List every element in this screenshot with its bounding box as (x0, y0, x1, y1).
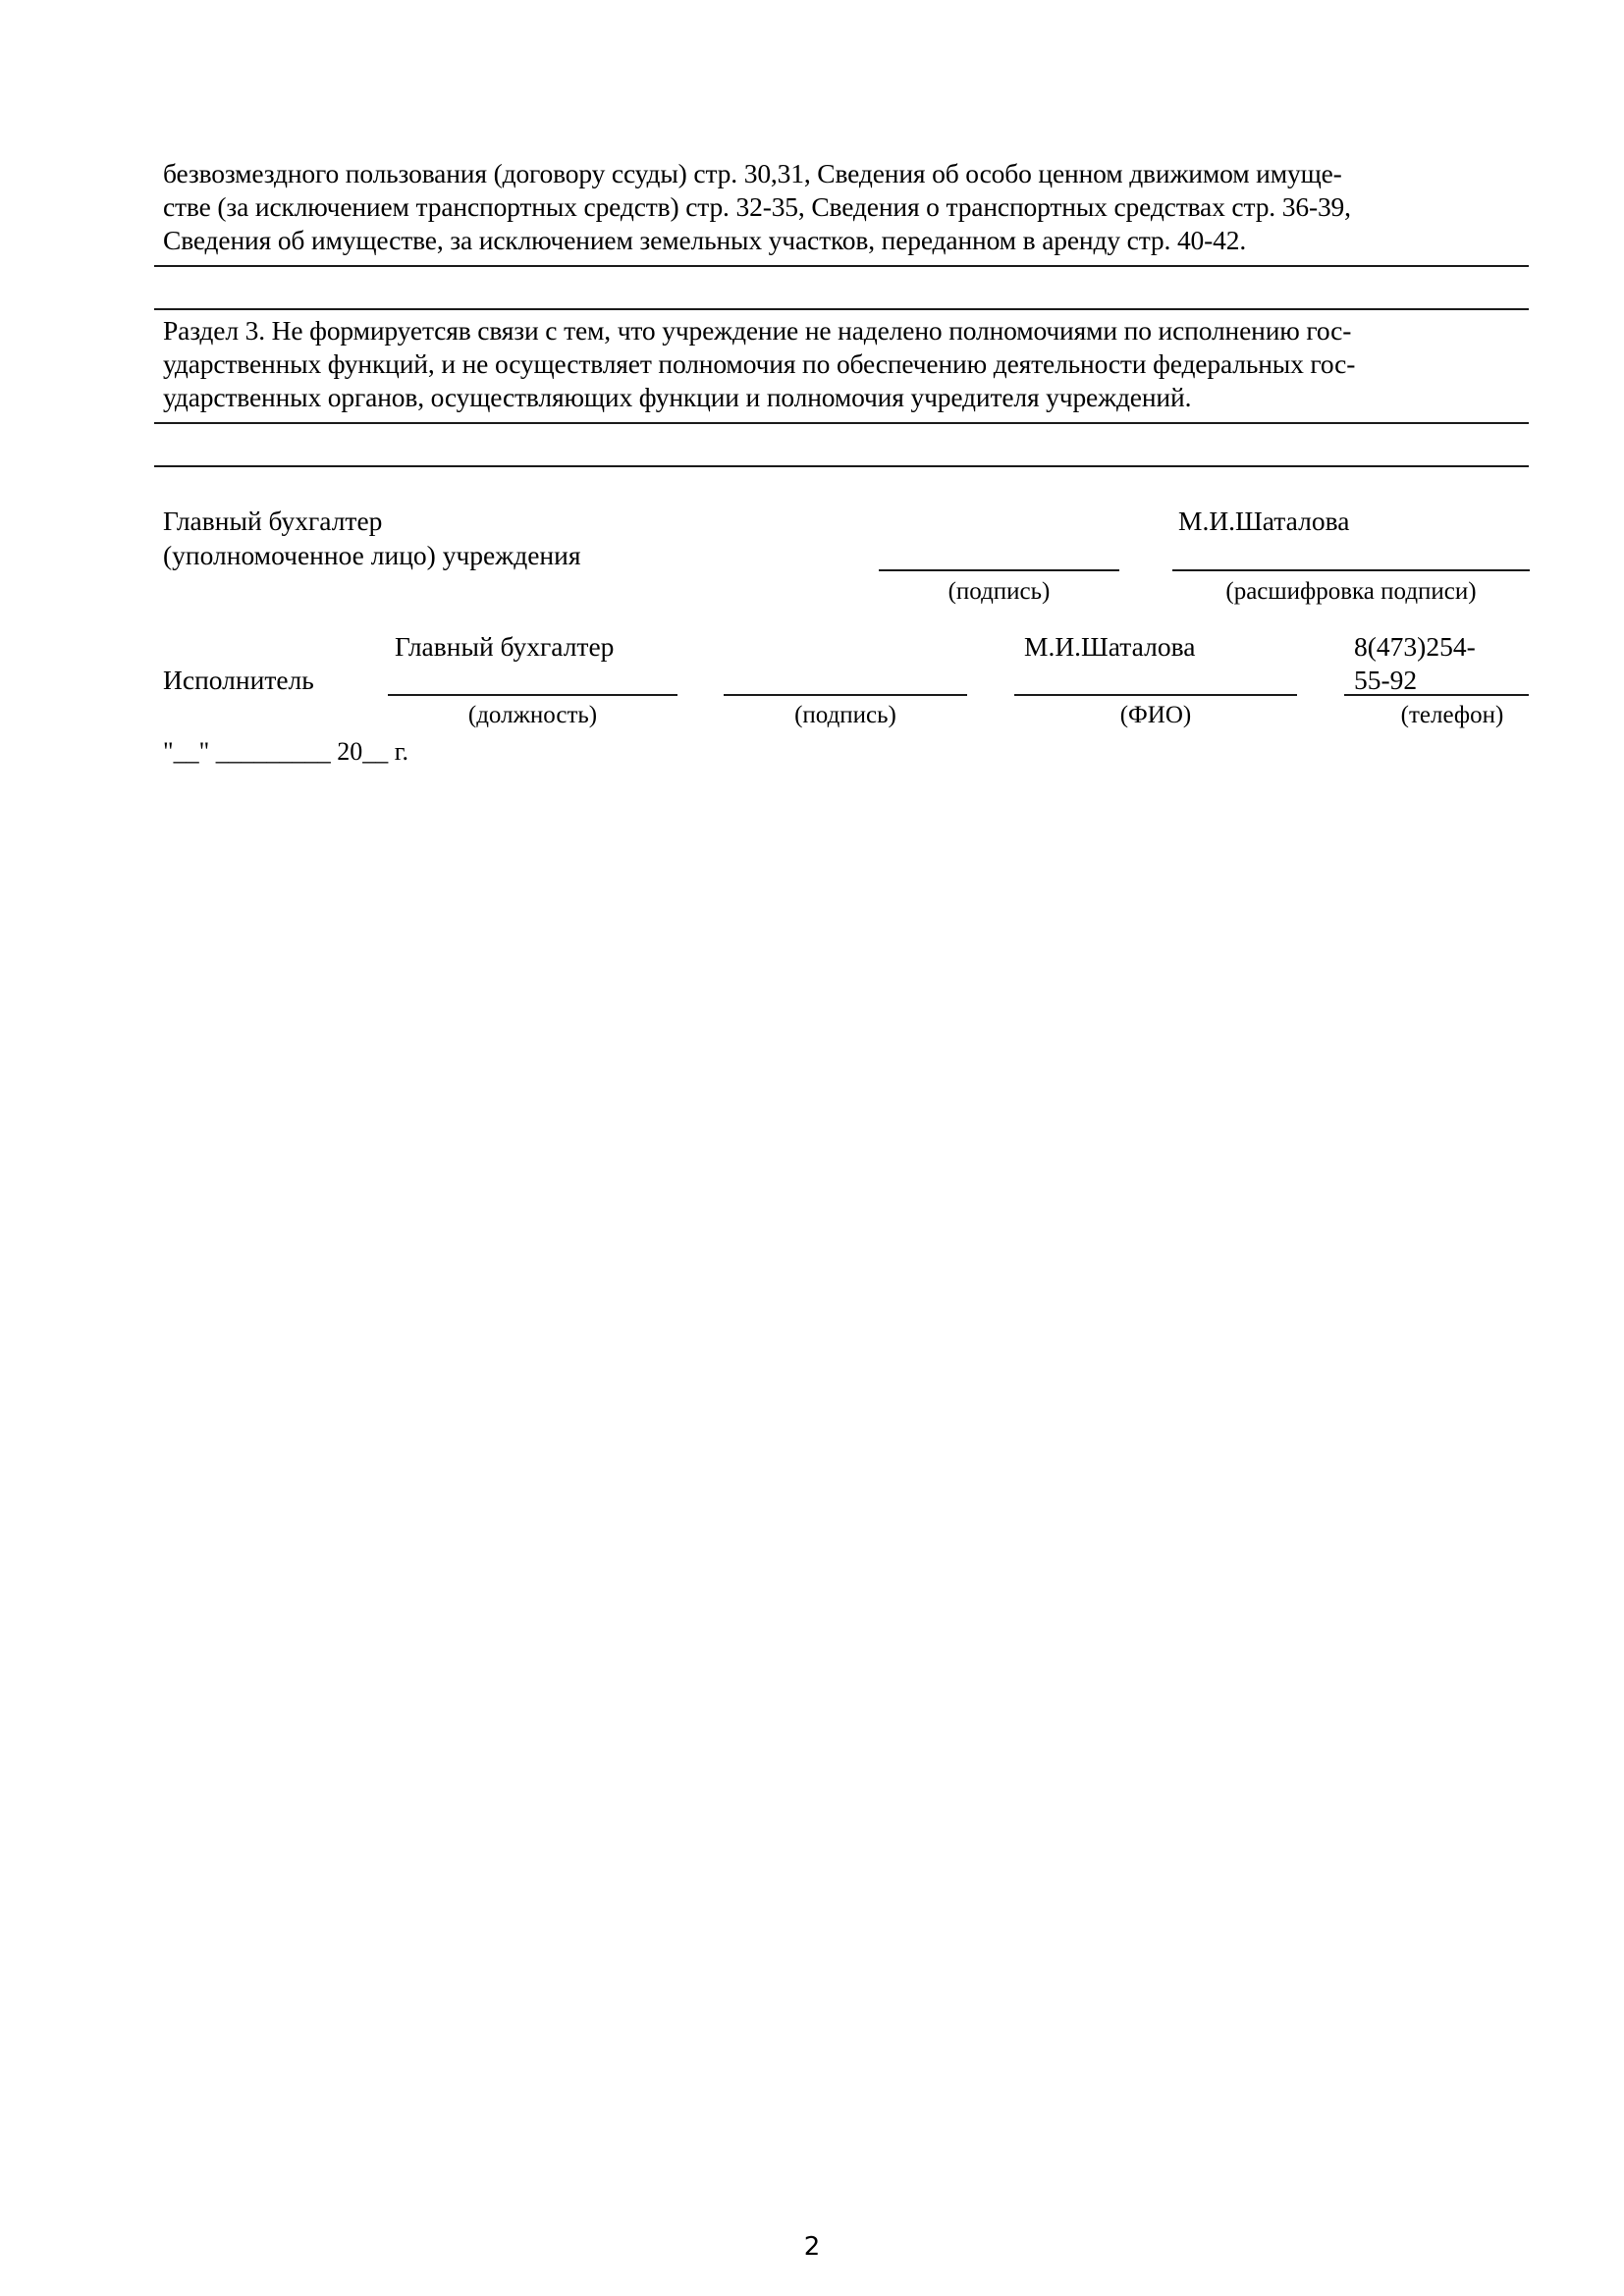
section3-line: Раздел 3. Не формируетсяв связи с тем, ч… (163, 314, 1530, 347)
section3-paragraph: Раздел 3. Не формируетсяв связи с тем, ч… (163, 314, 1530, 414)
page-number: 2 (0, 2232, 1624, 2262)
name-caption: (расшифровка подписи) (1172, 577, 1530, 607)
phone-caption: (телефон) (1360, 701, 1544, 730)
executor-signature-line (724, 694, 967, 696)
chief-accountant-subtitle: (уполномоченное лицо) учреждения (163, 540, 581, 571)
executor-name: М.И.Шаталова (1024, 631, 1195, 663)
position-caption: (должность) (388, 701, 677, 730)
fio-caption: (ФИО) (1014, 701, 1297, 730)
signature-line (879, 569, 1119, 571)
divider (154, 422, 1529, 424)
signature-caption: (подпись) (879, 577, 1119, 607)
divider (154, 308, 1529, 310)
section3-line: ударственных функций, и не осуществляет … (163, 347, 1530, 381)
fio-line (1014, 694, 1297, 696)
divider (154, 465, 1529, 467)
intro-line: безвозмездного пользования (договору ссу… (163, 157, 1530, 190)
chief-accountant-title: Главный бухгалтер (163, 506, 382, 537)
executor-label: Исполнитель (163, 665, 314, 696)
position-line (388, 694, 677, 696)
executor-signature-caption: (подпись) (724, 701, 967, 730)
phone-line (1344, 694, 1529, 696)
executor-position: Главный бухгалтер (395, 631, 614, 663)
intro-line: Сведения об имуществе, за исключением зе… (163, 224, 1530, 257)
chief-accountant-name: М.И.Шаталова (1178, 506, 1349, 537)
date-line: "__" _________ 20__ г. (163, 736, 408, 768)
intro-paragraph: безвозмездного пользования (договору ссу… (163, 157, 1530, 257)
section3-line: ударственных органов, осуществляющих фун… (163, 381, 1530, 414)
intro-line: стве (за исключением транспортных средст… (163, 190, 1530, 224)
name-line (1172, 569, 1530, 571)
divider (154, 265, 1529, 267)
executor-phone-line2: 55-92 (1354, 665, 1417, 696)
executor-phone-line1: 8(473)254- (1354, 631, 1476, 663)
